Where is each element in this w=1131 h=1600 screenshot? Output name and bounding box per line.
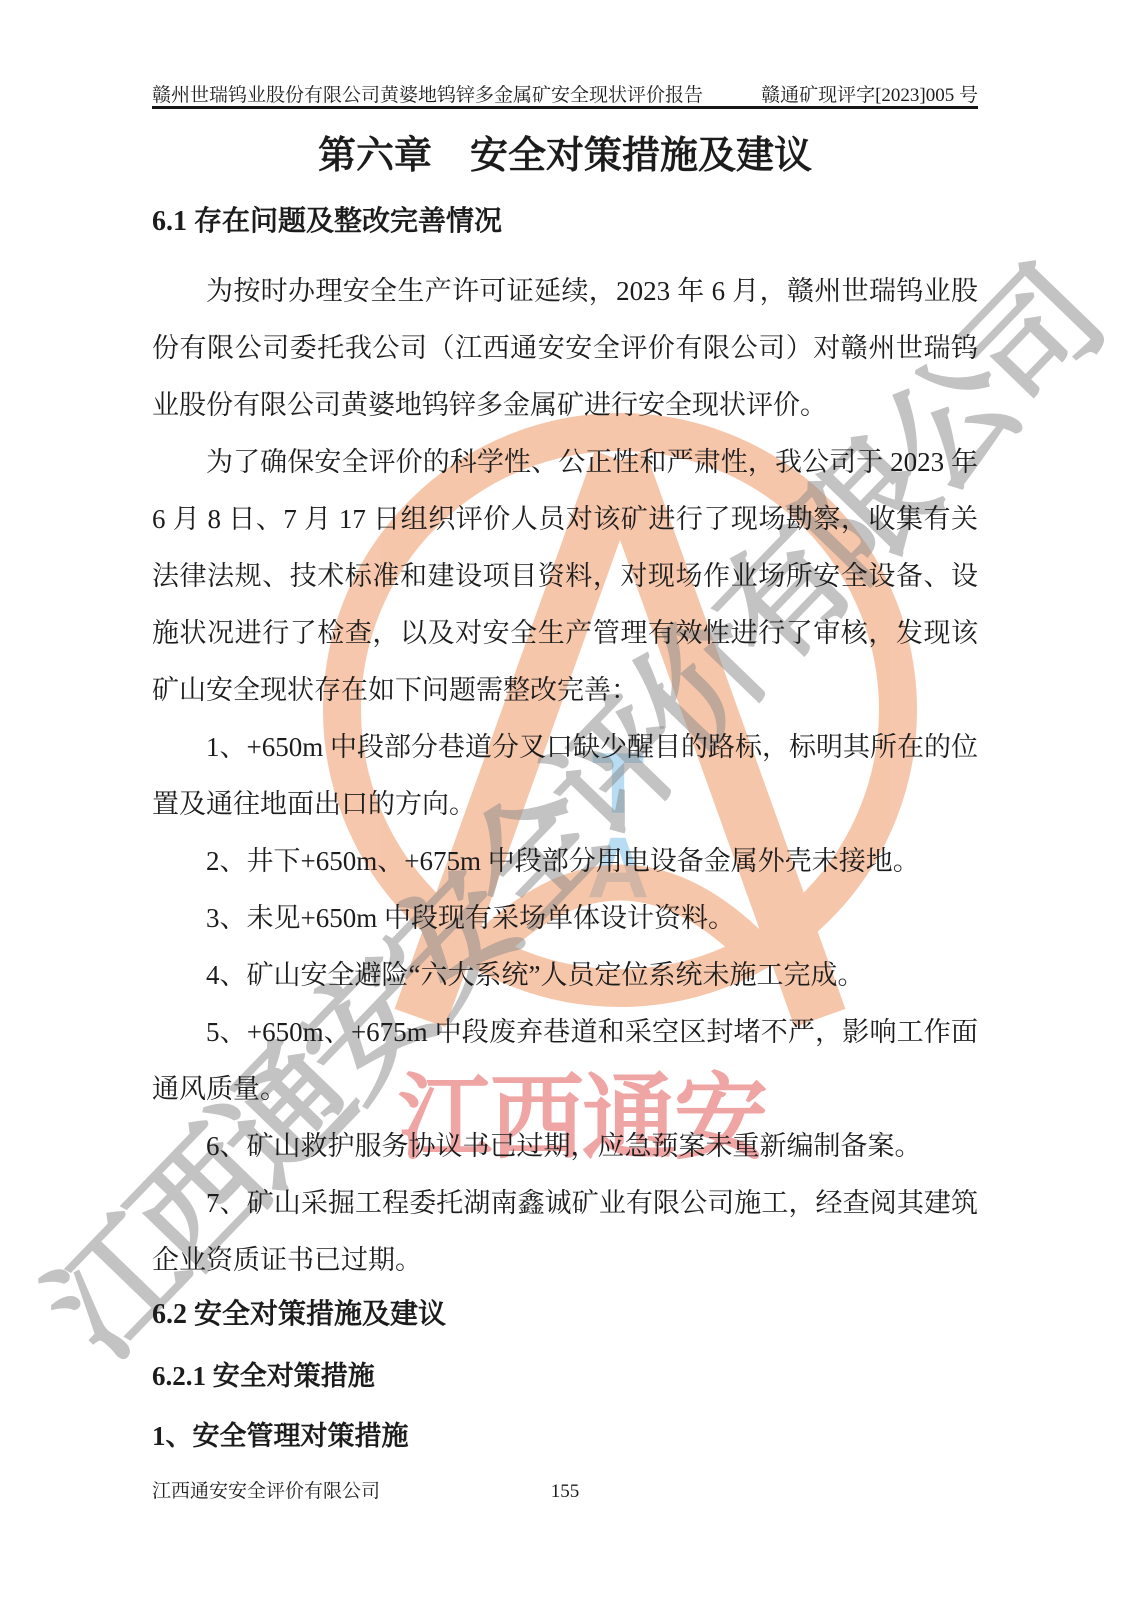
header-report-title: 赣州世瑞钨业股份有限公司黄婆地钨锌多金属矿安全现状评价报告 [152,84,703,108]
body-line: 5、+650m、+675m 中段废弃巷道和采空区封堵不严，影响工作面 [152,1004,978,1061]
body-line: 企业资质证书已过期。 [152,1232,978,1289]
page-number: 155 [152,1480,978,1504]
body-line: 6 月 8 日、7 月 17 日组织评价人员对该矿进行了现场勘察，收集有关 [152,491,978,548]
body-line: 矿山安全现状存在如下问题需整改完善： [152,662,978,719]
header-rule [152,106,978,109]
body-line: 6、矿山救护服务协议书已过期，应急预案未重新编制备案。 [152,1118,978,1175]
header-doc-number: 赣通矿现评字[2023]005 号 [761,84,978,108]
body-line: 7、矿山采掘工程委托湖南鑫诚矿业有限公司施工，经查阅其建筑 [152,1175,978,1232]
body-line: 通风质量。 [152,1061,978,1118]
body-line: 施状况进行了检查，以及对安全生产管理有效性进行了审核，发现该 [152,605,978,662]
body-line: 业股份有限公司黄婆地钨锌多金属矿进行安全现状评价。 [152,377,978,434]
body-text: 为按时办理安全生产许可证延续，2023 年 6 月，赣州世瑞钨业股份有限公司委托… [152,263,978,1289]
content-layer: 赣州世瑞钨业股份有限公司黄婆地钨锌多金属矿安全现状评价报告 赣通矿现评字[202… [0,0,1131,1600]
body-line: 2、井下+650m、+675m 中段部分用电设备金属外壳未接地。 [152,833,978,890]
section-6-2-1-heading: 6.2.1 安全对策措施 [152,1348,978,1405]
body-line: 1、+650m 中段部分巷道分叉口缺少醒目的路标，标明其所在的位 [152,719,978,776]
section-6-2-heading: 6.2 安全对策措施及建议 [152,1286,978,1343]
chapter-title: 第六章 安全对策措施及建议 [152,126,978,186]
body-line: 置及通往地面出口的方向。 [152,776,978,833]
body-line: 4、矿山安全避险“六大系统”人员定位系统未施工完成。 [152,947,978,1004]
body-line: 法律法规、技术标准和建设项目资料，对现场作业场所安全设备、设 [152,548,978,605]
document-page: T A 江西通安安全评价有限公司 江西通安 赣州世瑞钨业股份有限公司黄婆地钨锌多… [0,0,1131,1600]
body-line: 为了确保安全评价的科学性、公正性和严肃性，我公司于 2023 年 [152,434,978,491]
body-line: 为按时办理安全生产许可证延续，2023 年 6 月，赣州世瑞钨业股 [152,263,978,320]
page-footer: 江西通安安全评价有限公司 155 [152,1480,978,1506]
page-header: 赣州世瑞钨业股份有限公司黄婆地钨锌多金属矿安全现状评价报告 赣通矿现评字[202… [152,78,978,108]
section-6-1-heading: 6.1 存在问题及整改完善情况 [152,198,978,246]
body-line: 份有限公司委托我公司（江西通安安全评价有限公司）对赣州世瑞钨 [152,320,978,377]
body-line: 3、未见+650m 中段现有采场单体设计资料。 [152,890,978,947]
subsection-1-heading: 1、安全管理对策措施 [152,1408,978,1465]
